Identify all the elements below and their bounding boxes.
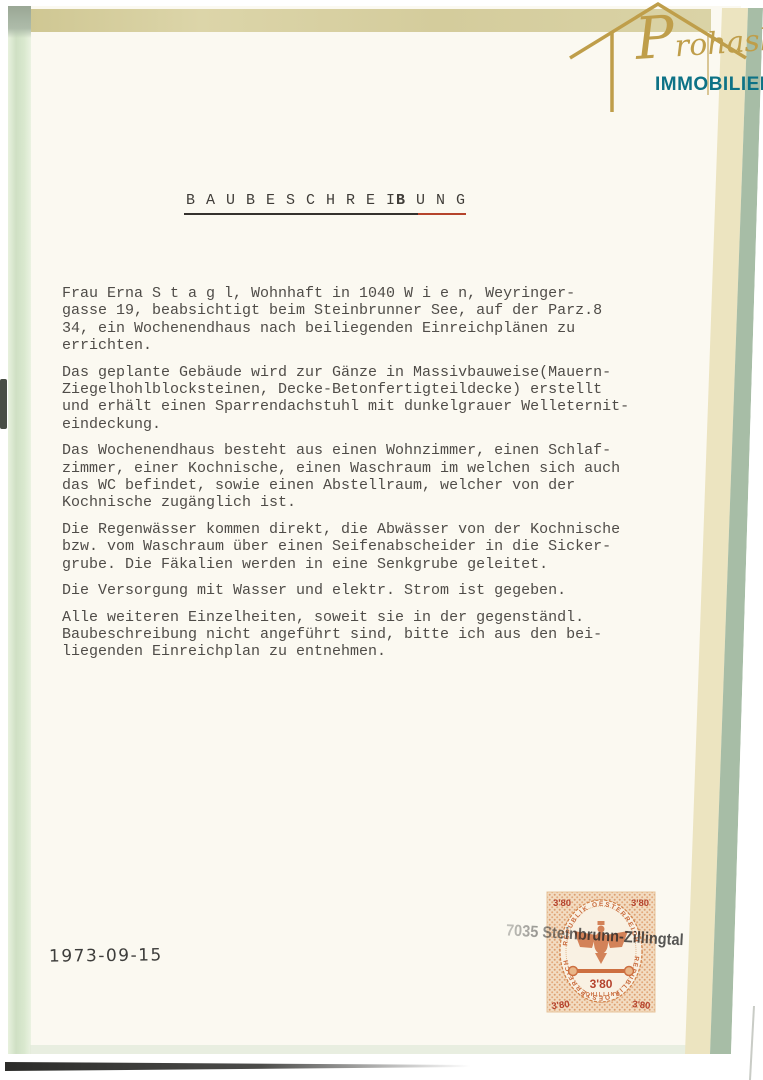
document-body: Frau Erna S t a g l, Wohnhaft in 1040 W … bbox=[62, 285, 682, 670]
paragraph: Frau Erna S t a g l, Wohnhaft in 1040 W … bbox=[62, 285, 682, 355]
scanned-document-page: B A U B E S C H R E IB U N G Frau Erna S… bbox=[0, 0, 763, 1080]
title-text-end: U N G bbox=[406, 192, 466, 209]
title-bold-letter: B bbox=[396, 192, 406, 209]
stamp-center-value: 3'80 bbox=[590, 977, 613, 991]
paragraph: Das geplante Gebäude wird zur Gänze in M… bbox=[62, 364, 682, 434]
left-edge-notch bbox=[0, 379, 7, 429]
title-underline bbox=[184, 213, 466, 215]
stamp-corner-value: 3'80 bbox=[553, 898, 571, 909]
paragraph: Die Versorgung mit Wasser und elektr. St… bbox=[62, 582, 682, 599]
revenue-stamp: REPUBLIK OESTERREICH REPUBLIK OESTERREIC… bbox=[546, 891, 656, 1013]
title-text: B A U B E S C H R E I bbox=[186, 192, 396, 209]
stamp-corner-value: 3'80 bbox=[632, 999, 651, 1012]
bottom-scan-line bbox=[5, 1062, 470, 1071]
paragraph: Die Regenwässer kommen direkt, die Abwäs… bbox=[62, 521, 682, 573]
paper-bottom-edge bbox=[30, 1045, 690, 1054]
logo-script-name: Prohaska bbox=[633, 0, 763, 79]
handwritten-date: 1973-09-15 bbox=[49, 945, 163, 966]
stamp-currency-label: SCHILLING bbox=[581, 992, 621, 998]
paragraph: Das Wochenendhaus besteht aus einen Wohn… bbox=[62, 442, 682, 512]
paragraph: Alle weiteren Einzelheiten, soweit sie i… bbox=[62, 609, 682, 661]
company-logo: Prohaska IMMOBILIEN bbox=[560, 0, 763, 125]
document-title: B A U B E S C H R E IB U N G bbox=[186, 192, 466, 209]
logo-subtitle: IMMOBILIEN bbox=[655, 74, 763, 96]
stamp-corner-value: 3'80 bbox=[631, 898, 649, 909]
